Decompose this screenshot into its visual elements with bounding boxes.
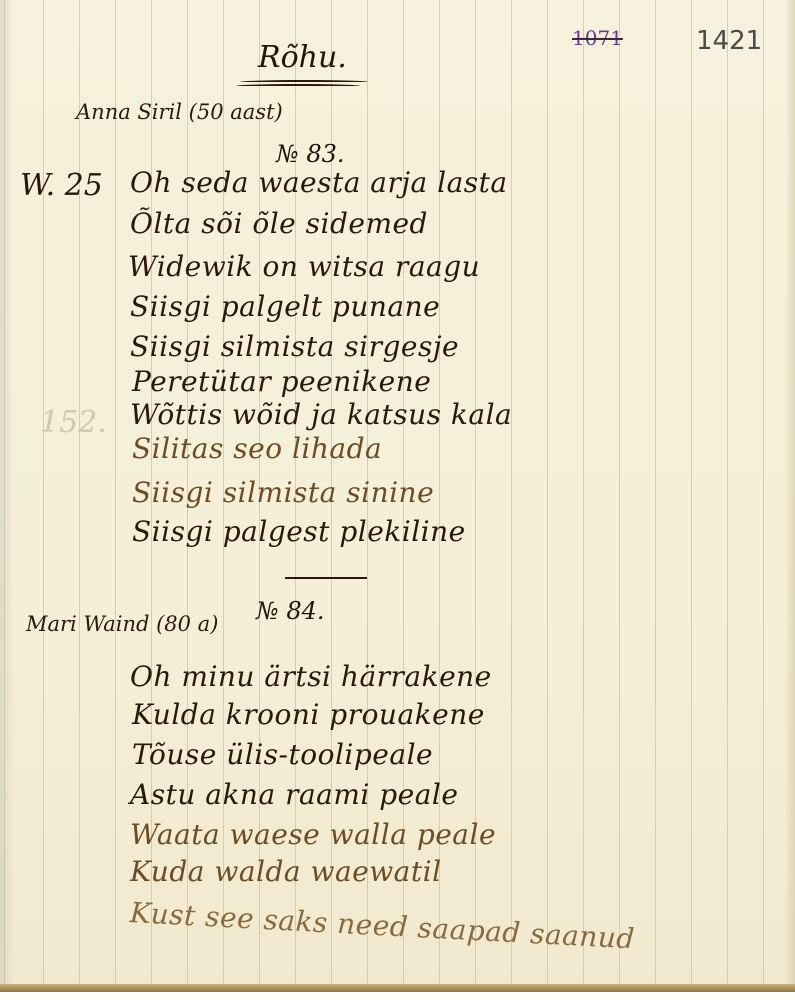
verse-line: Siisgi silmista sinine bbox=[132, 476, 434, 509]
title-underline-second bbox=[236, 84, 360, 88]
verse-line: Wõttis wõid ja katsus kala bbox=[130, 398, 512, 431]
page-number: 1421 bbox=[696, 26, 762, 56]
verse-line: Astu akna raami peale bbox=[130, 778, 458, 811]
informant-name: Mari Waind (80 a) bbox=[26, 612, 218, 636]
song-number: № 84. bbox=[256, 597, 325, 625]
verse-line: Siisgi palgest plekiline bbox=[132, 515, 466, 548]
verse-line: Silitas seo lihada bbox=[132, 432, 382, 465]
verse-line: Kuda walda waewatil bbox=[130, 855, 442, 888]
verse-line: Widewik on witsa raagu bbox=[128, 250, 480, 283]
verse-line: Kust see saks need saapad saanud bbox=[129, 896, 636, 955]
verse-line: Siisgi palgelt punane bbox=[130, 290, 440, 323]
struck-archive-number: 1071 bbox=[572, 26, 623, 50]
pencil-margin-note: 152. bbox=[40, 405, 107, 440]
verse-line: Oh seda waesta arja lasta bbox=[130, 166, 508, 199]
page-title: Rõhu. bbox=[258, 40, 347, 75]
verse-line: Peretütar peenikene bbox=[132, 365, 431, 398]
manuscript-page: Rõhu. 1071 1421 Anna Siril (50 aast) № 8… bbox=[0, 0, 795, 992]
verse-line: Õlta sõi õle sidemed bbox=[130, 207, 428, 240]
verse-line: Tõuse ülis-toolipeale bbox=[132, 738, 433, 771]
verse-line: Waata waese walla peale bbox=[130, 818, 496, 851]
verse-line: Siisgi silmista sirgesje bbox=[130, 330, 459, 363]
section-divider bbox=[285, 577, 367, 579]
song-number: № 83. bbox=[276, 140, 345, 168]
informant-name: Anna Siril (50 aast) bbox=[76, 100, 283, 124]
margin-note: W. 25 bbox=[20, 168, 103, 203]
verse-line: Kulda krooni prouakene bbox=[132, 698, 485, 731]
verse-line: Oh minu ärtsi härrakene bbox=[130, 660, 492, 693]
page-edge-shadow bbox=[785, 0, 795, 992]
